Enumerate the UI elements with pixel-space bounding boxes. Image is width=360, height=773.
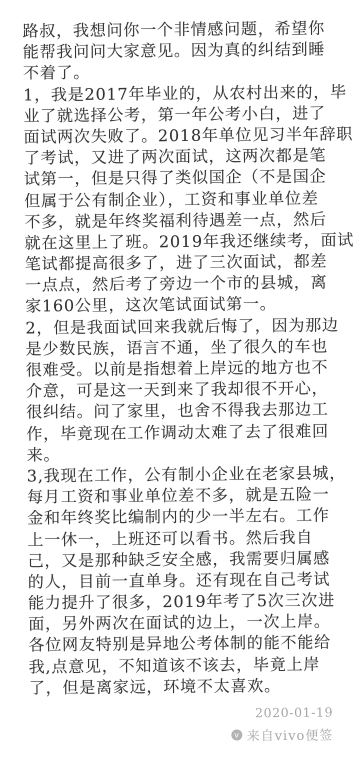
text-line: 1，我是2017年毕业的，从农村出来的，毕 [23, 81, 353, 105]
text-line: 了，但是离家远，环境不太喜欢。 [29, 674, 359, 698]
text-line: 上一休一，上班还可以看书。然后我自 [27, 526, 357, 550]
vivo-logo-icon: v [232, 729, 243, 740]
note-date: 2020-01-19 [3, 705, 333, 723]
text-line: 试第一，但是只得了类似国企（不是国企 [24, 166, 354, 190]
text-line: 我,点意见，不知道该不该去，毕竟上岸 [29, 653, 359, 677]
text-line: 金和年终奖比编制内的少一半左右。工作 [27, 505, 357, 529]
text-line: 很纠结。问了家里，也舍不得我去那边工 [26, 399, 356, 423]
text-line: 但属于公有制企业），工资和事业单位差 [24, 187, 354, 211]
note-page: 路叔，我想问你一个非情感问题，希望你能帮我问问大家意见。因为真的纠结到睡不着了。… [0, 0, 360, 773]
text-line: 各位网友特别是异地公考体制的能不能给 [28, 632, 358, 656]
text-line: 一点点，然后考了旁边一个市的县城，离 [25, 272, 355, 296]
text-line: 不多，就是年终奖福利待遇差一点，然后 [24, 208, 354, 232]
note-source-label: 来自vivo便签 [247, 725, 334, 745]
note-source: v 来自vivo便签 [3, 725, 333, 747]
text-line: 己，又是那种缺乏安全感，我需要归属感 [28, 547, 358, 571]
text-line: 业了就选择公考，第一年公考小白，进了 [23, 102, 353, 126]
note-text: 路叔，我想问你一个非情感问题，希望你能帮我问问大家意见。因为真的纠结到睡不着了。… [0, 0, 360, 699]
text-line: 2，但是我面试回来我就后悔了，因为那边 [25, 314, 355, 338]
note-meta: 2020-01-19 v 来自vivo便签 [3, 704, 360, 746]
text-line: 能帮我问问大家意见。因为真的纠结到睡 [23, 39, 353, 63]
text-line: 作，毕竟现在工作调动太难了去了很难回 [26, 420, 356, 444]
